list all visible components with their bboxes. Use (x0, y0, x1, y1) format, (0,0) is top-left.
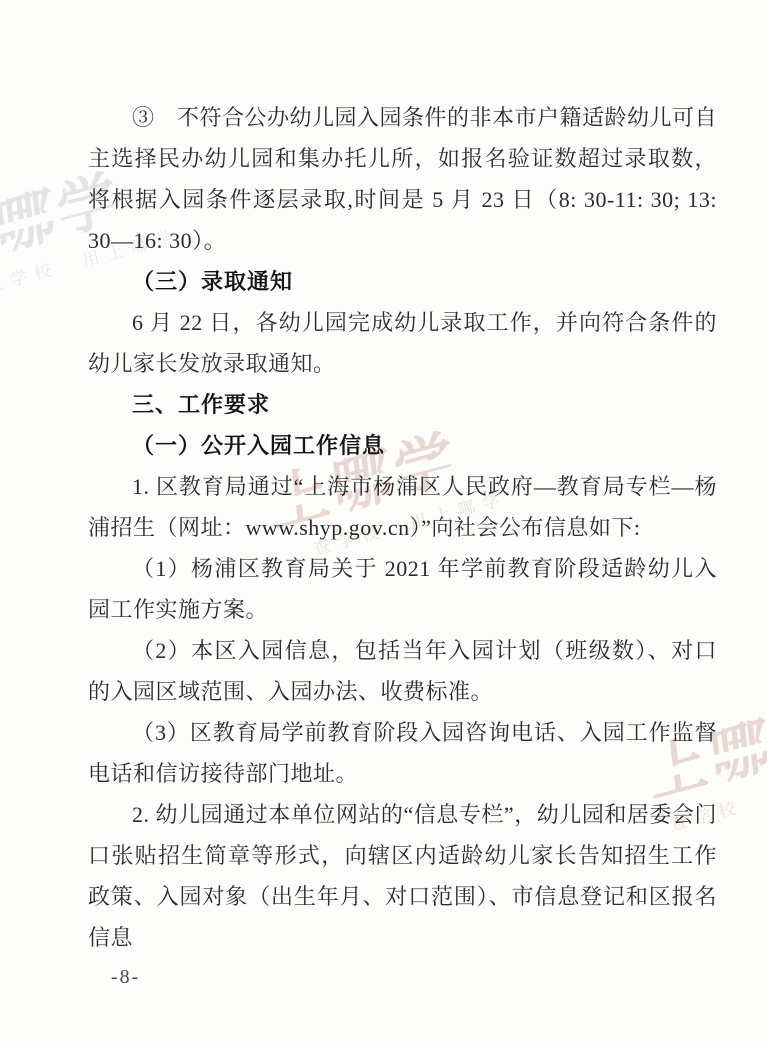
section-heading: （三）录取通知 (88, 261, 717, 302)
body-paragraph: 2. 幼儿园通过本单位网站的“信息专栏”，幼儿园和居委会门口张贴招生简章等形式，… (88, 794, 717, 958)
body-paragraph: （1）杨浦区教育局关于 2021 年学前教育阶段适龄幼儿入园工作实施方案。 (88, 548, 717, 630)
document-page: 上哪学 查学校 用上哪学 上哪学 查学校 用上哪学 上哪学 查学校 用上哪学 ③… (0, 0, 767, 1042)
section-heading: （一）公开入园工作信息 (88, 425, 717, 466)
body-paragraph: （3）区教育局学前教育阶段入园咨询电话、入园工作监督电话和信访接待部门地址。 (88, 712, 717, 794)
body-paragraph: ③ 不符合公办幼儿园入园条件的非本市户籍适龄幼儿可自主选择民办幼儿园和集办托儿所… (88, 97, 717, 261)
page-number: -8- (111, 966, 140, 989)
body-paragraph: 6 月 22 日，各幼儿园完成幼儿录取工作，并向符合条件的幼儿家长发放录取通知。 (88, 302, 717, 384)
body-paragraph: （2）本区入园信息，包括当年入园计划（班级数）、对口的入园区域范围、入园办法、收… (88, 630, 717, 712)
section-heading: 三、工作要求 (88, 384, 717, 425)
body-paragraph: 1. 区教育局通过“上海市杨浦区人民政府—教育局专栏—杨浦招生（网址：www.s… (88, 466, 717, 548)
document-body: ③ 不符合公办幼儿园入园条件的非本市户籍适龄幼儿可自主选择民办幼儿园和集办托儿所… (88, 97, 717, 958)
